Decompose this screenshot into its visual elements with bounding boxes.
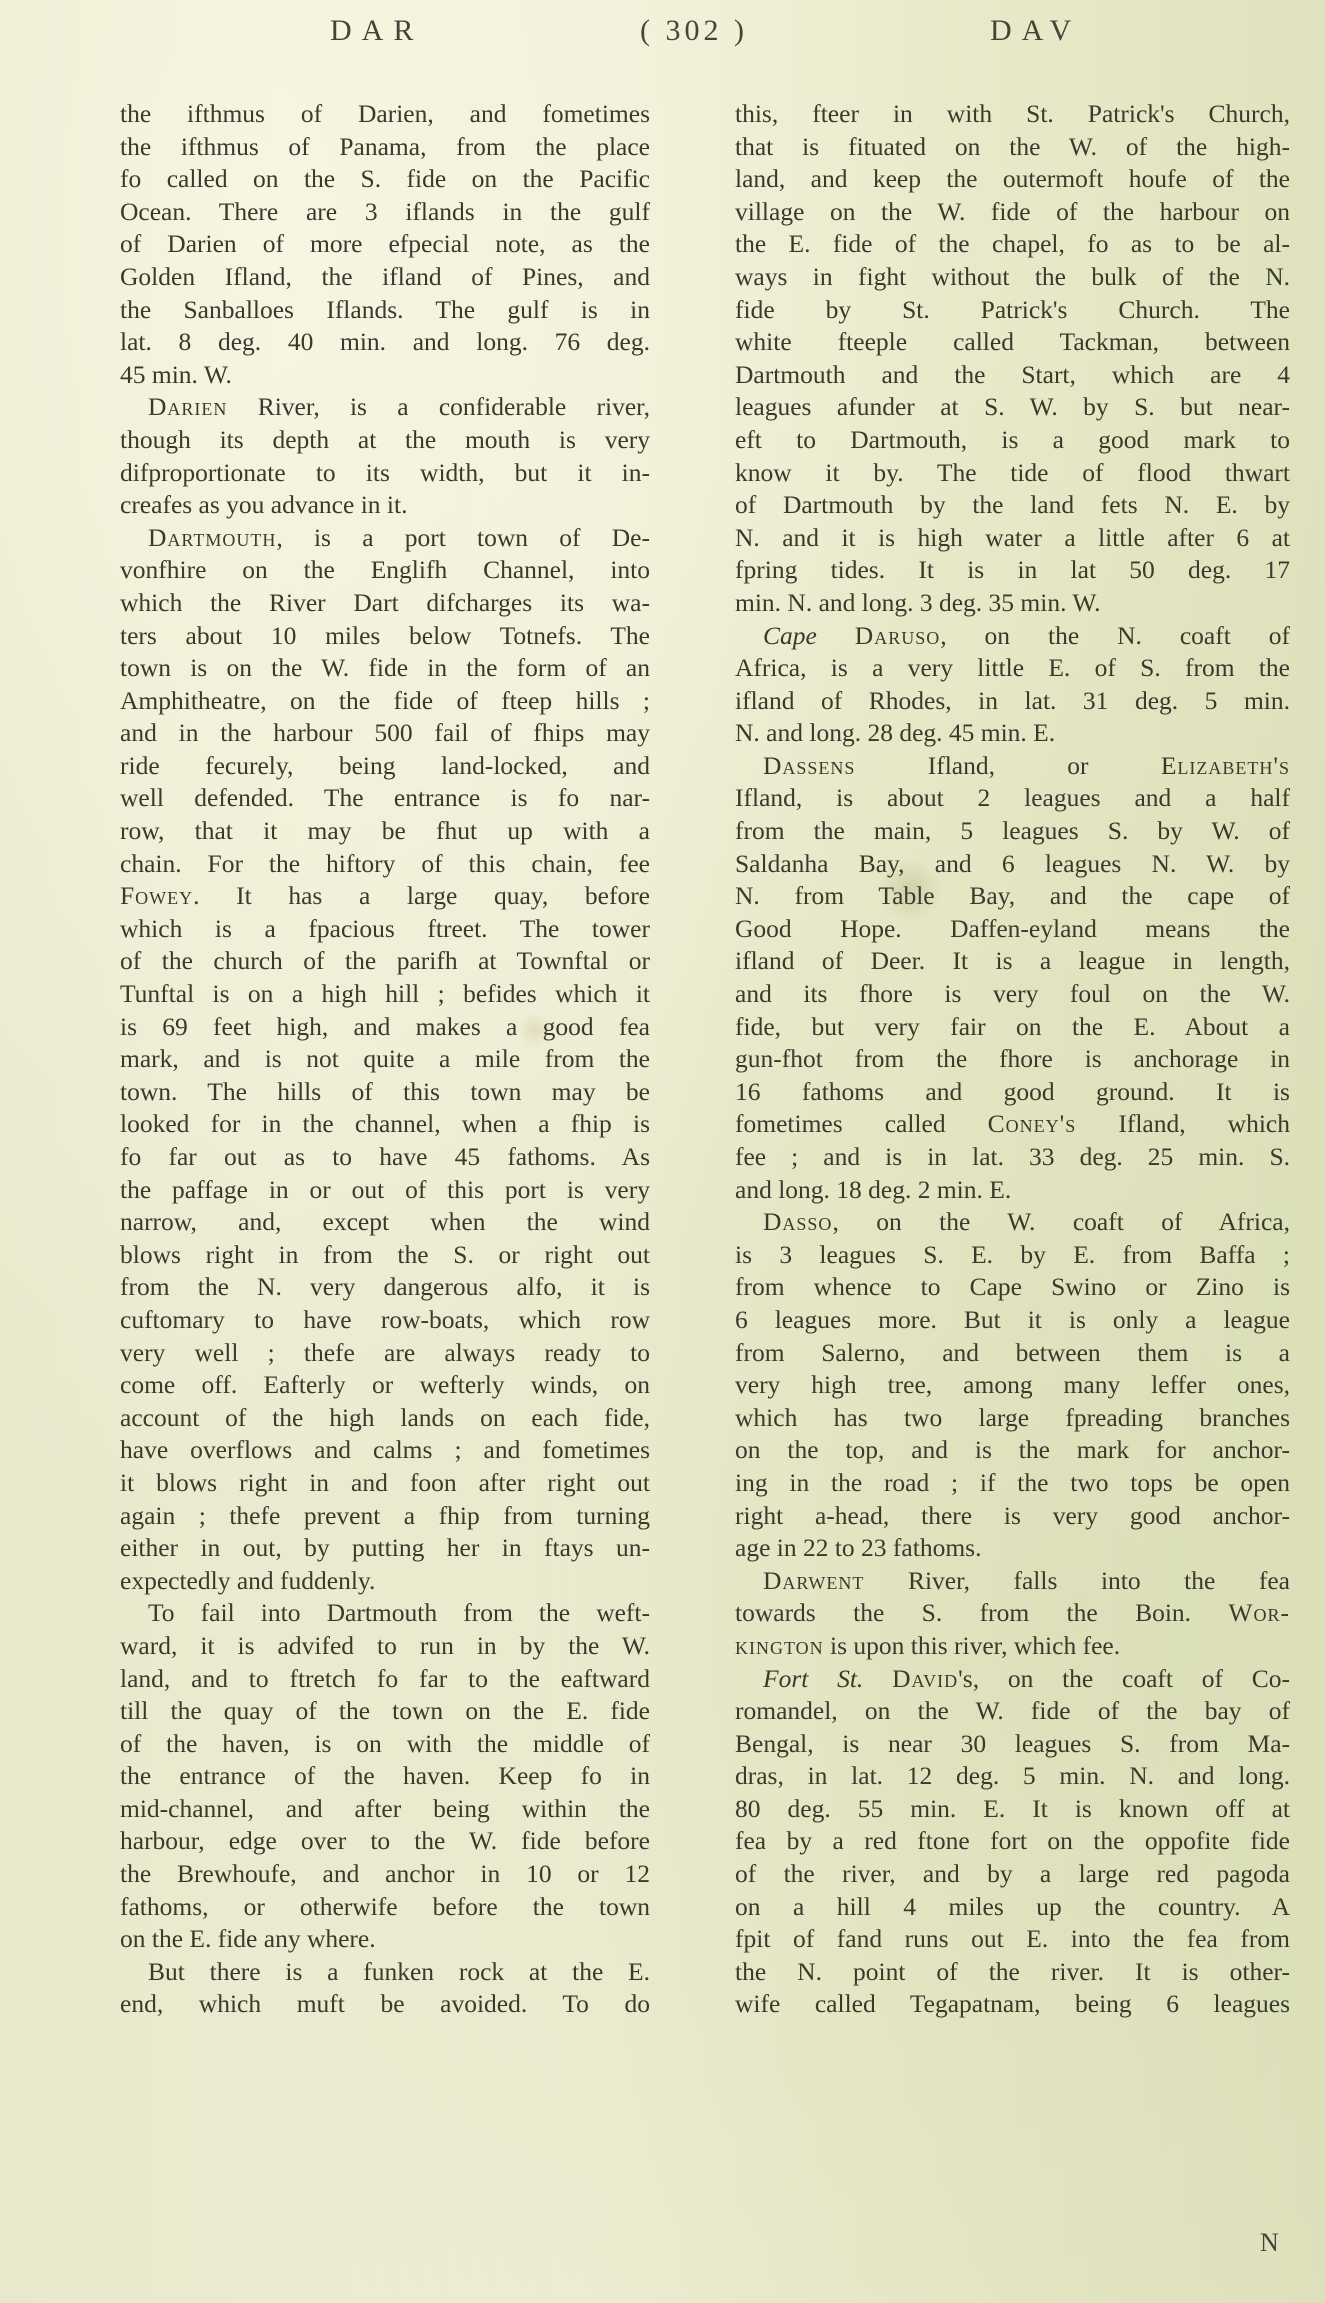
line-text: again ; thefe prevent a fhip from turnin… — [120, 1501, 650, 1530]
text-line: ifland of Rhodes, in lat. 31 deg. 5 min. — [735, 685, 1290, 718]
text-line: mid-channel, and after being within the — [120, 1793, 650, 1826]
line-text: dras, in lat. 12 deg. 5 min. N. and long… — [735, 1761, 1290, 1790]
line-text: expectedly and fuddenly. — [120, 1566, 375, 1595]
text-line: Ocean. There are 3 iflands in the gulf — [120, 196, 650, 229]
line-text: chain. For the hiftory of this chain, fe… — [120, 849, 650, 878]
text-line: Dassens Ifland, or Elizabeth's — [735, 750, 1290, 783]
line-text: account of the high lands on each fide, — [120, 1403, 650, 1432]
text-line: 16 fathoms and good ground. It is — [735, 1076, 1290, 1109]
line-text: ing in the road ; if the two tops be ope… — [735, 1468, 1290, 1497]
running-head-left: DAR — [330, 14, 423, 48]
text-line: have overflows and calms ; and fometimes — [120, 1434, 650, 1467]
line-text: is 3 leagues S. E. by E. from Baffa ; — [735, 1240, 1290, 1269]
line-text: white fteeple called Tackman, between — [735, 327, 1290, 356]
text-line: dras, in lat. 12 deg. 5 min. N. and long… — [735, 1760, 1290, 1793]
line-text: Amphitheatre, on the fide of fteep hills… — [120, 686, 650, 715]
line-text: ways in fight without the bulk of the N. — [735, 262, 1290, 291]
line-text: looked for in the channel, when a fhip i… — [120, 1109, 650, 1138]
text-line: this, fteer in with St. Patrick's Church… — [735, 98, 1290, 131]
line-text: know it by. The tide of flood thwart — [735, 458, 1290, 487]
line-text: of Darien of more efpecial note, as the — [120, 229, 650, 258]
text-line: from the N. very dangerous alfo, it is — [120, 1271, 650, 1304]
text-line: it blows right in and foon after right o… — [120, 1467, 650, 1500]
text-line: creafes as you advance in it. — [120, 489, 650, 522]
text-line: difproportionate to its width, but it in… — [120, 457, 650, 490]
text-line: ward, it is advifed to run in by the W. — [120, 1630, 650, 1663]
line-text: creafes as you advance in it. — [120, 490, 407, 519]
line-text: of the river, and by a large red pagoda — [735, 1859, 1290, 1888]
text-line: well defended. The entrance is fo nar- — [120, 782, 650, 815]
line-text: village on the W. fide of the harbour on — [735, 197, 1290, 226]
line-prefix: fometimes called — [735, 1109, 988, 1138]
line-text: fea by a red ftone fort on the oppofite … — [735, 1826, 1290, 1855]
text-line: Tunftal is on a high hill ; befides whic… — [120, 978, 650, 1011]
text-line: which is a fpacious ftreet. The tower — [120, 913, 650, 946]
line-text: leagues afunder at S. W. by S. but near- — [735, 392, 1290, 421]
text-line: fo far out as to have 45 fathoms. As — [120, 1141, 650, 1174]
text-line: ifland of Deer. It is a league in length… — [735, 945, 1290, 978]
italic-prefix: Fort St. — [763, 1664, 892, 1693]
entry-headword: Daruso — [855, 621, 940, 650]
text-line: of the church of the parifh at Townftal … — [120, 945, 650, 978]
line-text: ride fecurely, being land-locked, and — [120, 751, 650, 780]
line-text: Ifland, which — [1076, 1109, 1290, 1138]
line-text: fpit of fand runs out E. into the fea fr… — [735, 1924, 1290, 1953]
line-text: the N. point of the river. It is other- — [735, 1957, 1290, 1986]
line-text: the Brewhoufe, and anchor in 10 or 12 — [120, 1859, 650, 1888]
text-line: the ifthmus of Panama, from the place — [120, 131, 650, 164]
line-text: gun-fhot from the fhore is anchorage in — [735, 1044, 1290, 1073]
text-line: row, that it may be fhut up with a — [120, 815, 650, 848]
text-line: narrow, and, except when the wind — [120, 1206, 650, 1239]
text-line: 45 min. W. — [120, 359, 650, 392]
line-text: , on the W. coaft of Africa, — [832, 1207, 1290, 1236]
page-number: ( 302 ) — [640, 14, 748, 48]
line-text: fee ; and is in lat. 33 deg. 25 min. S. — [735, 1142, 1290, 1171]
line-text: 16 fathoms and good ground. It is — [735, 1077, 1290, 1106]
entry-headword: Wor- — [1228, 1598, 1290, 1627]
running-head-right: DAV — [990, 14, 1081, 48]
line-text: on the top, and is the mark for anchor- — [735, 1435, 1290, 1464]
text-line: looked for in the channel, when a fhip i… — [120, 1108, 650, 1141]
line-text: till the quay of the town on the E. fide — [120, 1696, 650, 1725]
line-text: 45 min. W. — [120, 360, 232, 389]
line-text: Africa, is a very little E. of S. from t… — [735, 653, 1290, 682]
line-text: River, is a confiderable river, — [227, 392, 650, 421]
text-line: towards the S. from the Boin. Wor- — [735, 1597, 1290, 1630]
text-line: expectedly and fuddenly. — [120, 1565, 650, 1598]
line-text: towards the S. from the Boin. — [735, 1598, 1228, 1627]
text-line: harbour, edge over to the W. fide before — [120, 1825, 650, 1858]
text-line: fide, but very fair on the E. About a — [735, 1011, 1290, 1044]
left-column: the ifthmus of Darien, and fometimesthe … — [120, 98, 650, 2021]
line-text: Ocean. There are 3 iflands in the gulf — [120, 197, 650, 226]
text-line: N. and long. 28 deg. 45 min. E. — [735, 717, 1290, 750]
line-text: very well ; thefe are always ready to — [120, 1338, 650, 1367]
entry-headword: Darien — [148, 392, 227, 421]
text-line: min. N. and long. 3 deg. 35 min. W. — [735, 587, 1290, 620]
line-text: from the N. very dangerous alfo, it is — [120, 1272, 650, 1301]
text-line: fpring tides. It is in lat 50 deg. 17 — [735, 554, 1290, 587]
text-line: on a hill 4 miles up the country. A — [735, 1891, 1290, 1924]
text-line: leagues afunder at S. W. by S. but near- — [735, 391, 1290, 424]
text-line: white fteeple called Tackman, between — [735, 326, 1290, 359]
text-line: fathoms, or otherwife before the town — [120, 1891, 650, 1924]
line-text: , is a port town of De- — [276, 523, 650, 552]
text-line: that is fituated on the W. of the high- — [735, 131, 1290, 164]
text-line: though its depth at the mouth is very — [120, 424, 650, 457]
text-line: mark, and is not quite a mile from the — [120, 1043, 650, 1076]
text-line: ters about 10 miles below Totnefs. The — [120, 620, 650, 653]
line-text: though its depth at the mouth is very — [120, 425, 650, 454]
entry-headword: Darwent — [763, 1566, 864, 1595]
line-text: . It has a large quay, before — [193, 881, 650, 910]
text-line: and long. 18 deg. 2 min. E. — [735, 1174, 1290, 1207]
text-line: is 3 leagues S. E. by E. from Baffa ; — [735, 1239, 1290, 1272]
line-text: right a-head, there is very good anchor- — [735, 1501, 1290, 1530]
text-line: lat. 8 deg. 40 min. and long. 76 deg. — [120, 326, 650, 359]
line-text: and its fhore is very foul on the W. — [735, 979, 1290, 1008]
line-text: Saldanha Bay, and 6 leagues N. W. by — [735, 849, 1290, 878]
line-text: mid-channel, and after being within the — [120, 1794, 650, 1823]
text-line: the ifthmus of Darien, and fometimes — [120, 98, 650, 131]
line-text: is 69 feet high, and makes a good fea — [120, 1012, 650, 1041]
line-text: of Dartmouth by the land fets N. E. by — [735, 490, 1290, 519]
line-text: and long. 18 deg. 2 min. E. — [735, 1175, 1011, 1204]
text-line: the Brewhoufe, and anchor in 10 or 12 — [120, 1858, 650, 1891]
entry-headword: Fowey — [120, 881, 193, 910]
line-text: of the haven, is on with the middle of — [120, 1729, 650, 1758]
line-text: N. and long. 28 deg. 45 min. E. — [735, 718, 1055, 747]
text-line: either in out, by putting her in ftays u… — [120, 1532, 650, 1565]
text-line: wife called Tegapatnam, being 6 leagues — [735, 1988, 1290, 2021]
text-line: Dasso, on the W. coaft of Africa, — [735, 1206, 1290, 1239]
line-text: Good Hope. Daffen-eyland means the — [735, 914, 1290, 943]
line-text: from the main, 5 leagues S. by W. of — [735, 816, 1290, 845]
text-line: till the quay of the town on the E. fide — [120, 1695, 650, 1728]
line-text: harbour, edge over to the W. fide before — [120, 1826, 650, 1855]
italic-prefix: Cape — [763, 621, 855, 650]
line-text: have overflows and calms ; and fometimes — [120, 1435, 650, 1464]
text-line: fo called on the S. fide on the Pacific — [120, 163, 650, 196]
line-text: To fail into Dartmouth from the weft- — [148, 1598, 650, 1627]
text-line: ing in the road ; if the two tops be ope… — [735, 1467, 1290, 1500]
entry-headword: Dasso — [763, 1207, 832, 1236]
text-line: chain. For the hiftory of this chain, fe… — [120, 848, 650, 881]
line-text: is upon this river, which fee. — [824, 1631, 1120, 1660]
line-text: this, fteer in with St. Patrick's Church… — [735, 99, 1290, 128]
line-text: which is a fpacious ftreet. The tower — [120, 914, 650, 943]
text-line: Good Hope. Daffen-eyland means the — [735, 913, 1290, 946]
text-line: of the river, and by a large red pagoda — [735, 1858, 1290, 1891]
line-text: that is fituated on the W. of the high- — [735, 132, 1290, 161]
text-line: village on the W. fide of the harbour on — [735, 196, 1290, 229]
text-line: ways in fight without the bulk of the N. — [735, 261, 1290, 294]
line-text: from Salerno, and between them is a — [735, 1338, 1290, 1367]
line-text: But there is a funken rock at the E. — [148, 1957, 650, 1986]
text-line: romandel, on the W. fide of the bay of — [735, 1695, 1290, 1728]
text-line: and its fhore is very foul on the W. — [735, 978, 1290, 1011]
text-line: the entrance of the haven. Keep fo in — [120, 1760, 650, 1793]
line-text: and in the harbour 500 fail of fhips may — [120, 718, 650, 747]
text-line: the Sanballoes Iflands. The gulf is in — [120, 294, 650, 327]
text-line: N. and it is high water a little after 6… — [735, 522, 1290, 555]
text-line: the N. point of the river. It is other- — [735, 1956, 1290, 1989]
line-text: well defended. The entrance is fo nar- — [120, 783, 650, 812]
text-line: the E. fide of the chapel, fo as to be a… — [735, 228, 1290, 261]
text-line: cuftomary to have row-boats, which row — [120, 1304, 650, 1337]
line-text: which has two large fpreading branches — [735, 1403, 1290, 1432]
text-line: is 69 feet high, and makes a good fea — [120, 1011, 650, 1044]
line-text: fide, but very fair on the E. About a — [735, 1012, 1290, 1041]
text-line: again ; thefe prevent a fhip from turnin… — [120, 1500, 650, 1533]
text-line: ride fecurely, being land-locked, and — [120, 750, 650, 783]
line-text: age in 22 to 23 fathoms. — [735, 1533, 981, 1562]
line-text: on a hill 4 miles up the country. A — [735, 1892, 1290, 1921]
text-line: Golden Ifland, the ifland of Pines, and — [120, 261, 650, 294]
text-line: 6 leagues more. But it is only a league — [735, 1304, 1290, 1337]
line-text: the ifthmus of Darien, and fometimes — [120, 99, 650, 128]
text-line: Dartmouth and the Start, which are 4 — [735, 359, 1290, 392]
line-text: narrow, and, except when the wind — [120, 1207, 650, 1236]
text-line: fide by St. Patrick's Church. The — [735, 294, 1290, 327]
line-text: it blows right in and foon after right o… — [120, 1468, 650, 1497]
line-text: blows right in from the S. or right out — [120, 1240, 650, 1269]
text-line: very well ; thefe are always ready to — [120, 1337, 650, 1370]
line-text: wife called Tegapatnam, being 6 leagues — [735, 1989, 1290, 2018]
line-text: romandel, on the W. fide of the bay of — [735, 1696, 1290, 1725]
line-text: River, falls into the fea — [864, 1566, 1290, 1595]
text-line: end, which muft be avoided. To do — [120, 1988, 650, 2021]
text-line: town. The hills of this town may be — [120, 1076, 650, 1109]
line-text: either in out, by putting her in ftays u… — [120, 1533, 650, 1562]
entry-headword: Dassens — [763, 751, 855, 780]
text-line: which the River Dart difcharges its wa- — [120, 587, 650, 620]
line-text: difproportionate to its width, but it in… — [120, 458, 650, 487]
line-text: the entrance of the haven. Keep fo in — [120, 1761, 650, 1790]
line-text: come off. Eafterly or wefterly winds, on — [120, 1370, 650, 1399]
text-line: fometimes called Coney's Ifland, which — [735, 1108, 1290, 1141]
line-text: ifland of Rhodes, in lat. 31 deg. 5 min. — [735, 686, 1290, 715]
right-column: this, fteer in with St. Patrick's Church… — [735, 98, 1290, 2021]
text-line: Cape Daruso, on the N. coaft of — [735, 620, 1290, 653]
text-line: very high tree, among many leffer ones, — [735, 1369, 1290, 1402]
text-line: Darwent River, falls into the fea — [735, 1565, 1290, 1598]
text-line: fpit of fand runs out E. into the fea fr… — [735, 1923, 1290, 1956]
line-text: ters about 10 miles below Totnefs. The — [120, 621, 650, 650]
line-text: 6 leagues more. But it is only a league — [735, 1305, 1290, 1334]
line-text: the paffage in or out of this port is ve… — [120, 1175, 650, 1204]
line-text: fathoms, or otherwife before the town — [120, 1892, 650, 1921]
line-text: N. from Table Bay, and the cape of — [735, 881, 1290, 910]
line-text: end, which muft be avoided. To do — [120, 1989, 650, 2018]
text-line: and in the harbour 500 fail of fhips may — [120, 717, 650, 750]
line-text: the E. fide of the chapel, fo as to be a… — [735, 229, 1290, 258]
line-text: , on the N. coaft of — [940, 621, 1290, 650]
line-text: fo far out as to have 45 fathoms. As — [120, 1142, 650, 1171]
text-line: land, and keep the outermoft houfe of th… — [735, 163, 1290, 196]
line-text: Tunftal is on a high hill ; befides whic… — [120, 979, 650, 1008]
text-line: Ifland, is about 2 leagues and a half — [735, 782, 1290, 815]
entry-headword: Elizabeth's — [1161, 751, 1290, 780]
line-text: 80 deg. 55 min. E. It is known off at — [735, 1794, 1290, 1823]
line-text: ifland of Deer. It is a league in length… — [735, 946, 1290, 975]
line-text: N. and it is high water a little after 6… — [735, 523, 1290, 552]
line-text: land, and keep the outermoft houfe of th… — [735, 164, 1290, 193]
line-text: Dartmouth and the Start, which are 4 — [735, 360, 1290, 389]
line-text: cuftomary to have row-boats, which row — [120, 1305, 650, 1334]
line-text: Bengal, is near 30 leagues S. from Ma- — [735, 1729, 1290, 1758]
text-line: Dartmouth, is a port town of De- — [120, 522, 650, 555]
line-text: which the River Dart difcharges its wa- — [120, 588, 650, 617]
line-text: eft to Dartmouth, is a good mark to — [735, 425, 1290, 454]
text-line: Fort St. David's, on the coaft of Co- — [735, 1663, 1290, 1696]
line-text: town. The hills of this town may be — [120, 1077, 650, 1106]
text-line: of Dartmouth by the land fets N. E. by — [735, 489, 1290, 522]
text-line: from whence to Cape Swino or Zino is — [735, 1271, 1290, 1304]
text-line: from the main, 5 leagues S. by W. of — [735, 815, 1290, 848]
text-line: the paffage in or out of this port is ve… — [120, 1174, 650, 1207]
line-text: of the church of the parifh at Townftal … — [120, 946, 650, 975]
line-text: very high tree, among many leffer ones, — [735, 1370, 1290, 1399]
text-line: come off. Eafterly or wefterly winds, on — [120, 1369, 650, 1402]
text-line: fea by a red ftone fort on the oppofite … — [735, 1825, 1290, 1858]
line-text: Ifland, or — [855, 751, 1160, 780]
text-line: Fowey. It has a large quay, before — [120, 880, 650, 913]
line-text: lat. 8 deg. 40 min. and long. 76 deg. — [120, 327, 650, 356]
entry-headword: Dartmouth — [148, 523, 276, 552]
line-text: Ifland, is about 2 leagues and a half — [735, 783, 1290, 812]
line-text: Golden Ifland, the ifland of Pines, and — [120, 262, 650, 291]
line-text: fpring tides. It is in lat 50 deg. 17 — [735, 555, 1290, 584]
text-line: Darien River, is a confiderable river, — [120, 391, 650, 424]
text-line: eft to Dartmouth, is a good mark to — [735, 424, 1290, 457]
text-line: kington is upon this river, which fee. — [735, 1630, 1290, 1663]
text-line: on the E. fide any where. — [120, 1923, 650, 1956]
text-line: blows right in from the S. or right out — [120, 1239, 650, 1272]
line-text: town is on the W. fide in the form of an — [120, 653, 650, 682]
text-line: from Salerno, and between them is a — [735, 1337, 1290, 1370]
line-text: the ifthmus of Panama, from the place — [120, 132, 650, 161]
text-line: 80 deg. 55 min. E. It is known off at — [735, 1793, 1290, 1826]
line-text: min. N. and long. 3 deg. 35 min. W. — [735, 588, 1101, 617]
text-line: gun-fhot from the fhore is anchorage in — [735, 1043, 1290, 1076]
text-line: age in 22 to 23 fathoms. — [735, 1532, 1290, 1565]
line-text: mark, and is not quite a mile from the — [120, 1044, 650, 1073]
running-head: DAR ( 302 ) DAV — [0, 14, 1325, 64]
text-line: which has two large fpreading branches — [735, 1402, 1290, 1435]
text-line: Amphitheatre, on the fide of fteep hills… — [120, 685, 650, 718]
line-text: row, that it may be fhut up with a — [120, 816, 650, 845]
text-line: fee ; and is in lat. 33 deg. 25 min. S. — [735, 1141, 1290, 1174]
line-text: vonfhire on the Englifh Channel, into — [120, 555, 650, 584]
text-line: of the haven, is on with the middle of — [120, 1728, 650, 1761]
catchword: N — [1260, 2228, 1279, 2258]
text-line: right a-head, there is very good anchor- — [735, 1500, 1290, 1533]
book-page: DAR ( 302 ) DAV the ifthmus of Darien, a… — [0, 0, 1325, 2303]
line-text: ward, it is advifed to run in by the W. — [120, 1631, 650, 1660]
text-line: N. from Table Bay, and the cape of — [735, 880, 1290, 913]
text-line: know it by. The tide of flood thwart — [735, 457, 1290, 490]
text-line: town is on the W. fide in the form of an — [120, 652, 650, 685]
line-text: 's, on the coaft of Co- — [958, 1664, 1290, 1693]
text-line: Bengal, is near 30 leagues S. from Ma- — [735, 1728, 1290, 1761]
text-line: account of the high lands on each fide, — [120, 1402, 650, 1435]
line-text: the Sanballoes Iflands. The gulf is in — [120, 295, 650, 324]
text-line: land, and to ftretch fo far to the eaftw… — [120, 1663, 650, 1696]
text-line: on the top, and is the mark for anchor- — [735, 1434, 1290, 1467]
text-line: Saldanha Bay, and 6 leagues N. W. by — [735, 848, 1290, 881]
text-line: vonfhire on the Englifh Channel, into — [120, 554, 650, 587]
entry-headword: Coney's — [988, 1109, 1077, 1138]
line-text: from whence to Cape Swino or Zino is — [735, 1272, 1290, 1301]
line-text: land, and to ftretch fo far to the eaftw… — [120, 1664, 650, 1693]
text-line: of Darien of more efpecial note, as the — [120, 228, 650, 261]
line-text: fide by St. Patrick's Church. The — [735, 295, 1290, 324]
entry-headword: kington — [735, 1631, 824, 1660]
line-text: on the E. fide any where. — [120, 1924, 376, 1953]
line-text: fo called on the S. fide on the Pacific — [120, 164, 650, 193]
text-line: Africa, is a very little E. of S. from t… — [735, 652, 1290, 685]
text-line: To fail into Dartmouth from the weft- — [120, 1597, 650, 1630]
entry-headword: David — [892, 1664, 958, 1693]
text-line: But there is a funken rock at the E. — [120, 1956, 650, 1989]
